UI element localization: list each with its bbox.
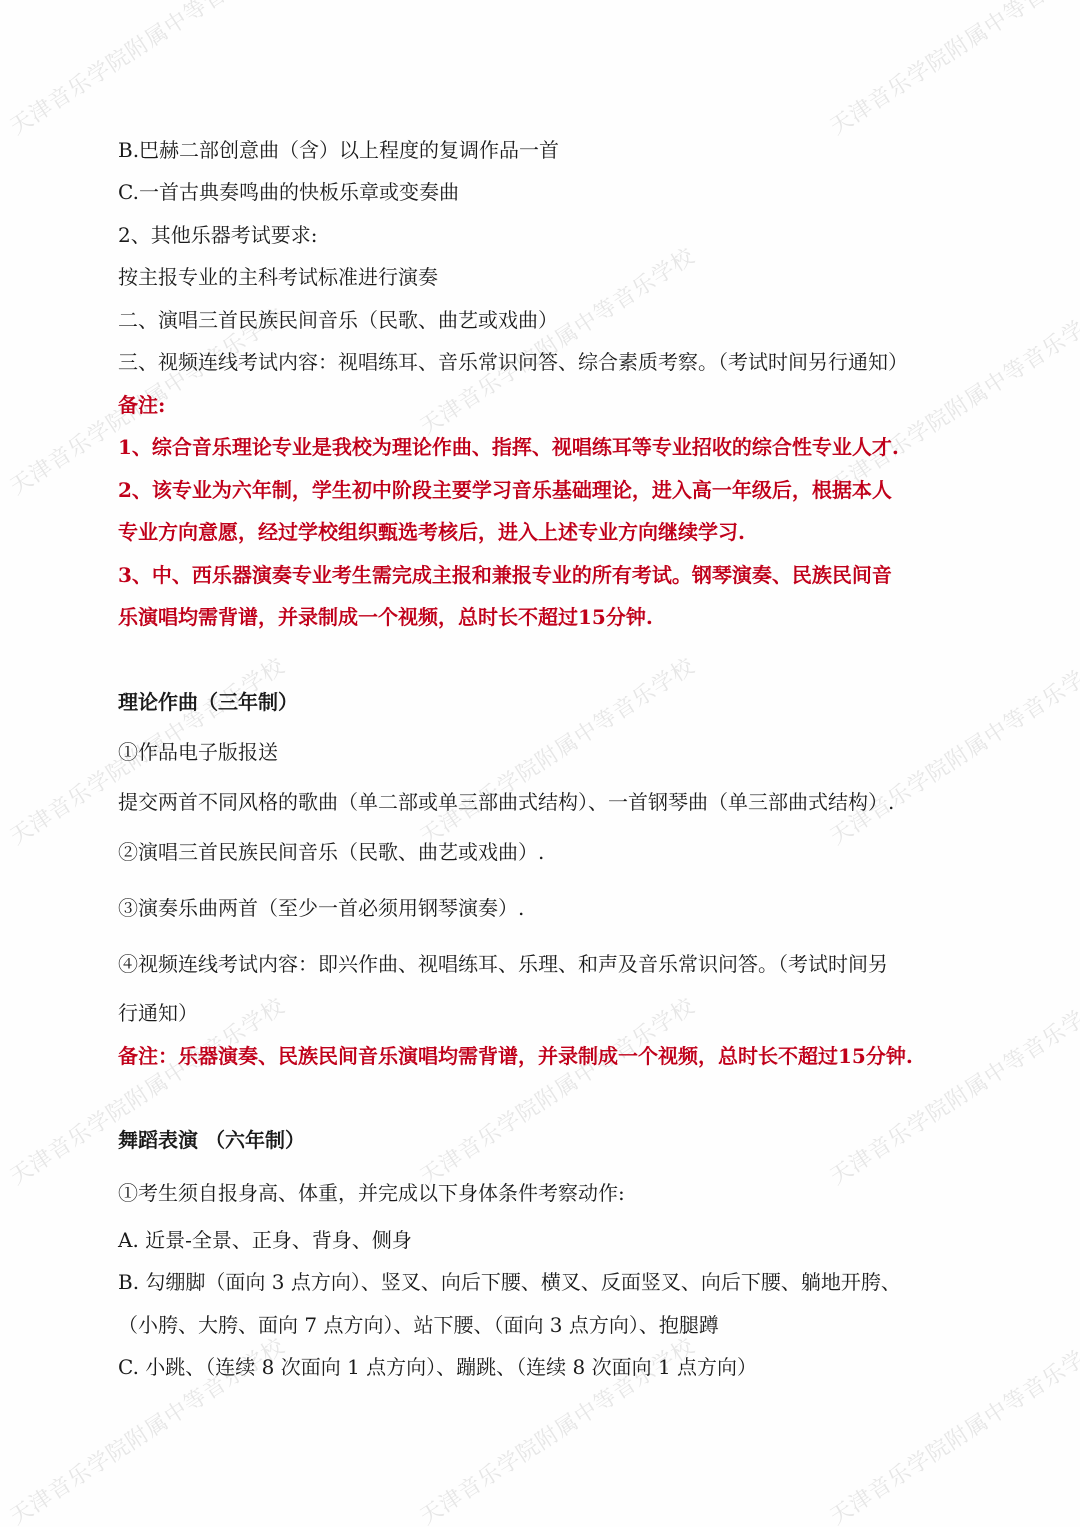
dance-item: C. 小跳、（连续 8 次面向 1 点方向）、蹦跳、（连续 8 次面向 1 点方…: [118, 1353, 757, 1381]
section-title: 舞蹈表演 （六年制）: [118, 1126, 305, 1154]
other-instruments-title: 2、其他乐器考试要求:: [118, 221, 317, 249]
video-exam: 三、视频连线考试内容：视唱练耳、音乐常识问答、综合素质考察。（考试时间另行通知）: [118, 348, 908, 376]
dance-item: A. 近景-全景、正身、背身、侧身: [118, 1226, 412, 1254]
watermark: 天津音乐学院附属中等音乐学校: [823, 0, 1080, 141]
composition-item: 行通知）: [118, 999, 198, 1027]
watermark: 天津音乐学院附属中等音乐学校: [413, 990, 700, 1191]
watermark: 天津音乐学院附属中等音乐学校: [823, 1330, 1080, 1527]
dance-item: （小胯、大胯、面向 7 点方向）、站下腰、（面向 3 点方向）、抱腿蹲: [118, 1311, 719, 1339]
watermark: 天津音乐学院附属中等音乐学校: [413, 240, 700, 441]
piano-item-c: C.一首古典奏鸣曲的快板乐章或变奏曲: [118, 178, 459, 206]
notes-title: 备注:: [118, 391, 165, 419]
note-item: 乐演唱均需背谱，并录制成一个视频，总时长不超过15分钟.: [118, 603, 653, 631]
composition-item: ①作品电子版报送: [118, 738, 278, 766]
watermark: 天津音乐学院附属中等音乐学校: [823, 990, 1080, 1191]
watermark: 天津音乐学院附属中等音乐学校: [823, 300, 1080, 501]
watermark: 天津音乐学院附属中等音乐学校: [823, 650, 1080, 851]
piano-item-b: B.巴赫二部创意曲（含）以上程度的复调作品一首: [118, 136, 559, 164]
other-instruments-text: 按主报专业的主科考试标准进行演奏: [118, 263, 438, 291]
composition-note: 备注：乐器演奏、民族民间音乐演唱均需背谱，并录制成一个视频，总时长不超过15分钟…: [118, 1042, 913, 1070]
note-item: 1、综合音乐理论专业是我校为理论作曲、指挥、视唱练耳等专业招收的综合性专业人才.: [118, 433, 899, 461]
watermark: 天津音乐学院附属中等音乐学校: [413, 650, 700, 851]
dance-item: ①考生须自报身高、体重，并完成以下身体条件考察动作:: [118, 1179, 625, 1207]
dance-item: B. 勾绷脚（面向 3 点方向）、竖叉、向后下腰、横叉、反面竖叉、向后下腰、躺地…: [118, 1268, 901, 1296]
folk-singing: 二、演唱三首民族民间音乐（民歌、曲艺或戏曲）: [118, 306, 558, 334]
composition-item: ③演奏乐曲两首（至少一首必须用钢琴演奏）.: [118, 894, 524, 922]
composition-item: 提交两首不同风格的歌曲（单二部或单三部曲式结构）、一首钢琴曲（单三部曲式结构）.: [118, 788, 894, 816]
section-title: 理论作曲（三年制）: [118, 688, 298, 716]
note-item: 2、该专业为六年制，学生初中阶段主要学习音乐基础理论，进入高一年级后，根据本人: [118, 476, 892, 504]
composition-item: ②演唱三首民族民间音乐（民歌、曲艺或戏曲）.: [118, 838, 544, 866]
composition-item: ④视频连线考试内容：即兴作曲、视唱练耳、乐理、和声及音乐常识问答。（考试时间另: [118, 950, 888, 978]
note-item: 3、中、西乐器演奏专业考生需完成主报和兼报专业的所有考试。钢琴演奏、民族民间音: [118, 561, 892, 589]
watermark: 天津音乐学院附属中等音乐学校: [3, 0, 290, 141]
note-item: 专业方向意愿，经过学校组织甄选考核后，进入上述专业方向继续学习.: [118, 518, 745, 546]
